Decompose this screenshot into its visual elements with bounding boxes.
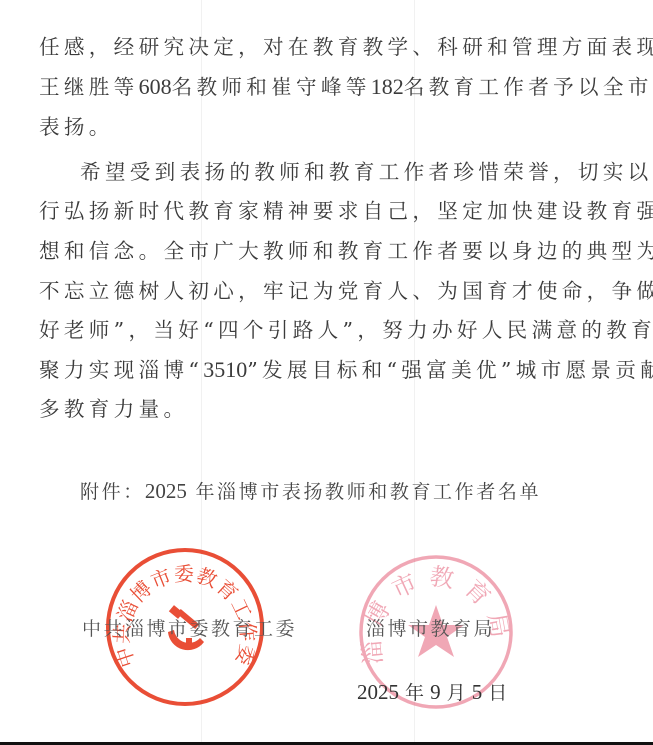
text-segment: 王继胜等 xyxy=(39,75,139,99)
attachment-line[interactable]: 附件：2025 年淄博市表扬教师和教育工作者名单 xyxy=(80,477,541,504)
teacher-count: 608 xyxy=(139,74,172,99)
body-line-8: 好老师”，当好“四个引路人”，努力办好人民满意的教育，为 xyxy=(39,315,619,345)
body-line-7: 不忘立德树人初心，牢记为党育人、为国育才使命，争做“四有 xyxy=(39,276,619,306)
body-line-1: 任感，经研究决定，对在教育教学、科研和管理方面表现突出的 xyxy=(39,32,619,62)
date-unit: 月 xyxy=(447,682,466,704)
attachment-label: 附件： xyxy=(80,481,145,503)
body-line-6: 想和信念。全市广大教师和教育工作者要以身边的典型为榜样， xyxy=(39,236,619,266)
body-line-5: 行弘扬新时代教育家精神要求自己，坚定加快建设教育强国的理 xyxy=(39,196,619,226)
worker-count: 182 xyxy=(371,74,404,99)
attachment-year: 2025 xyxy=(145,479,187,503)
date-unit: 年 xyxy=(405,682,424,704)
text-segment: 聚力实现淄博“ xyxy=(39,358,203,382)
signature-party-committee: 中共淄博市委教育工委 xyxy=(82,614,297,641)
text-segment: ”发展目标和“强富美优”城市愿景贡献更 xyxy=(247,358,653,382)
body-line-2: 王继胜等608名教师和崔守峰等182名教育工作者予以全市通报 xyxy=(39,72,619,102)
text-segment: 名教育工作者予以全市通报 xyxy=(404,75,653,99)
issue-date: 2025 年 9 月 5 日 xyxy=(357,678,507,705)
target-number: 3510 xyxy=(203,357,247,382)
attachment-title[interactable]: 年淄博市表扬教师和教育工作者名单 xyxy=(195,481,541,503)
date-month: 9 xyxy=(430,680,441,704)
body-line-9: 聚力实现淄博“3510”发展目标和“强富美优”城市愿景贡献更 xyxy=(39,355,619,385)
date-year: 2025 xyxy=(357,680,399,704)
date-unit: 日 xyxy=(488,682,507,704)
signature-education-bureau: 淄博市教育局 xyxy=(366,614,495,641)
document-page: 任感，经研究决定，对在教育教学、科研和管理方面表现突出的 王继胜等608名教师和… xyxy=(0,0,653,745)
date-day: 5 xyxy=(472,680,483,704)
body-line-10: 多教育力量。 xyxy=(39,394,619,424)
text-segment: 名教师和崔守峰等 xyxy=(172,75,371,99)
svg-text:中共淄博市委教育工作委员会: 中共淄博市委教育工作委员会 xyxy=(104,546,261,670)
body-line-3: 表扬。 xyxy=(39,112,619,142)
body-line-4: 希望受到表扬的教师和教育工作者珍惜荣誉，切实以学习践 xyxy=(80,157,620,187)
